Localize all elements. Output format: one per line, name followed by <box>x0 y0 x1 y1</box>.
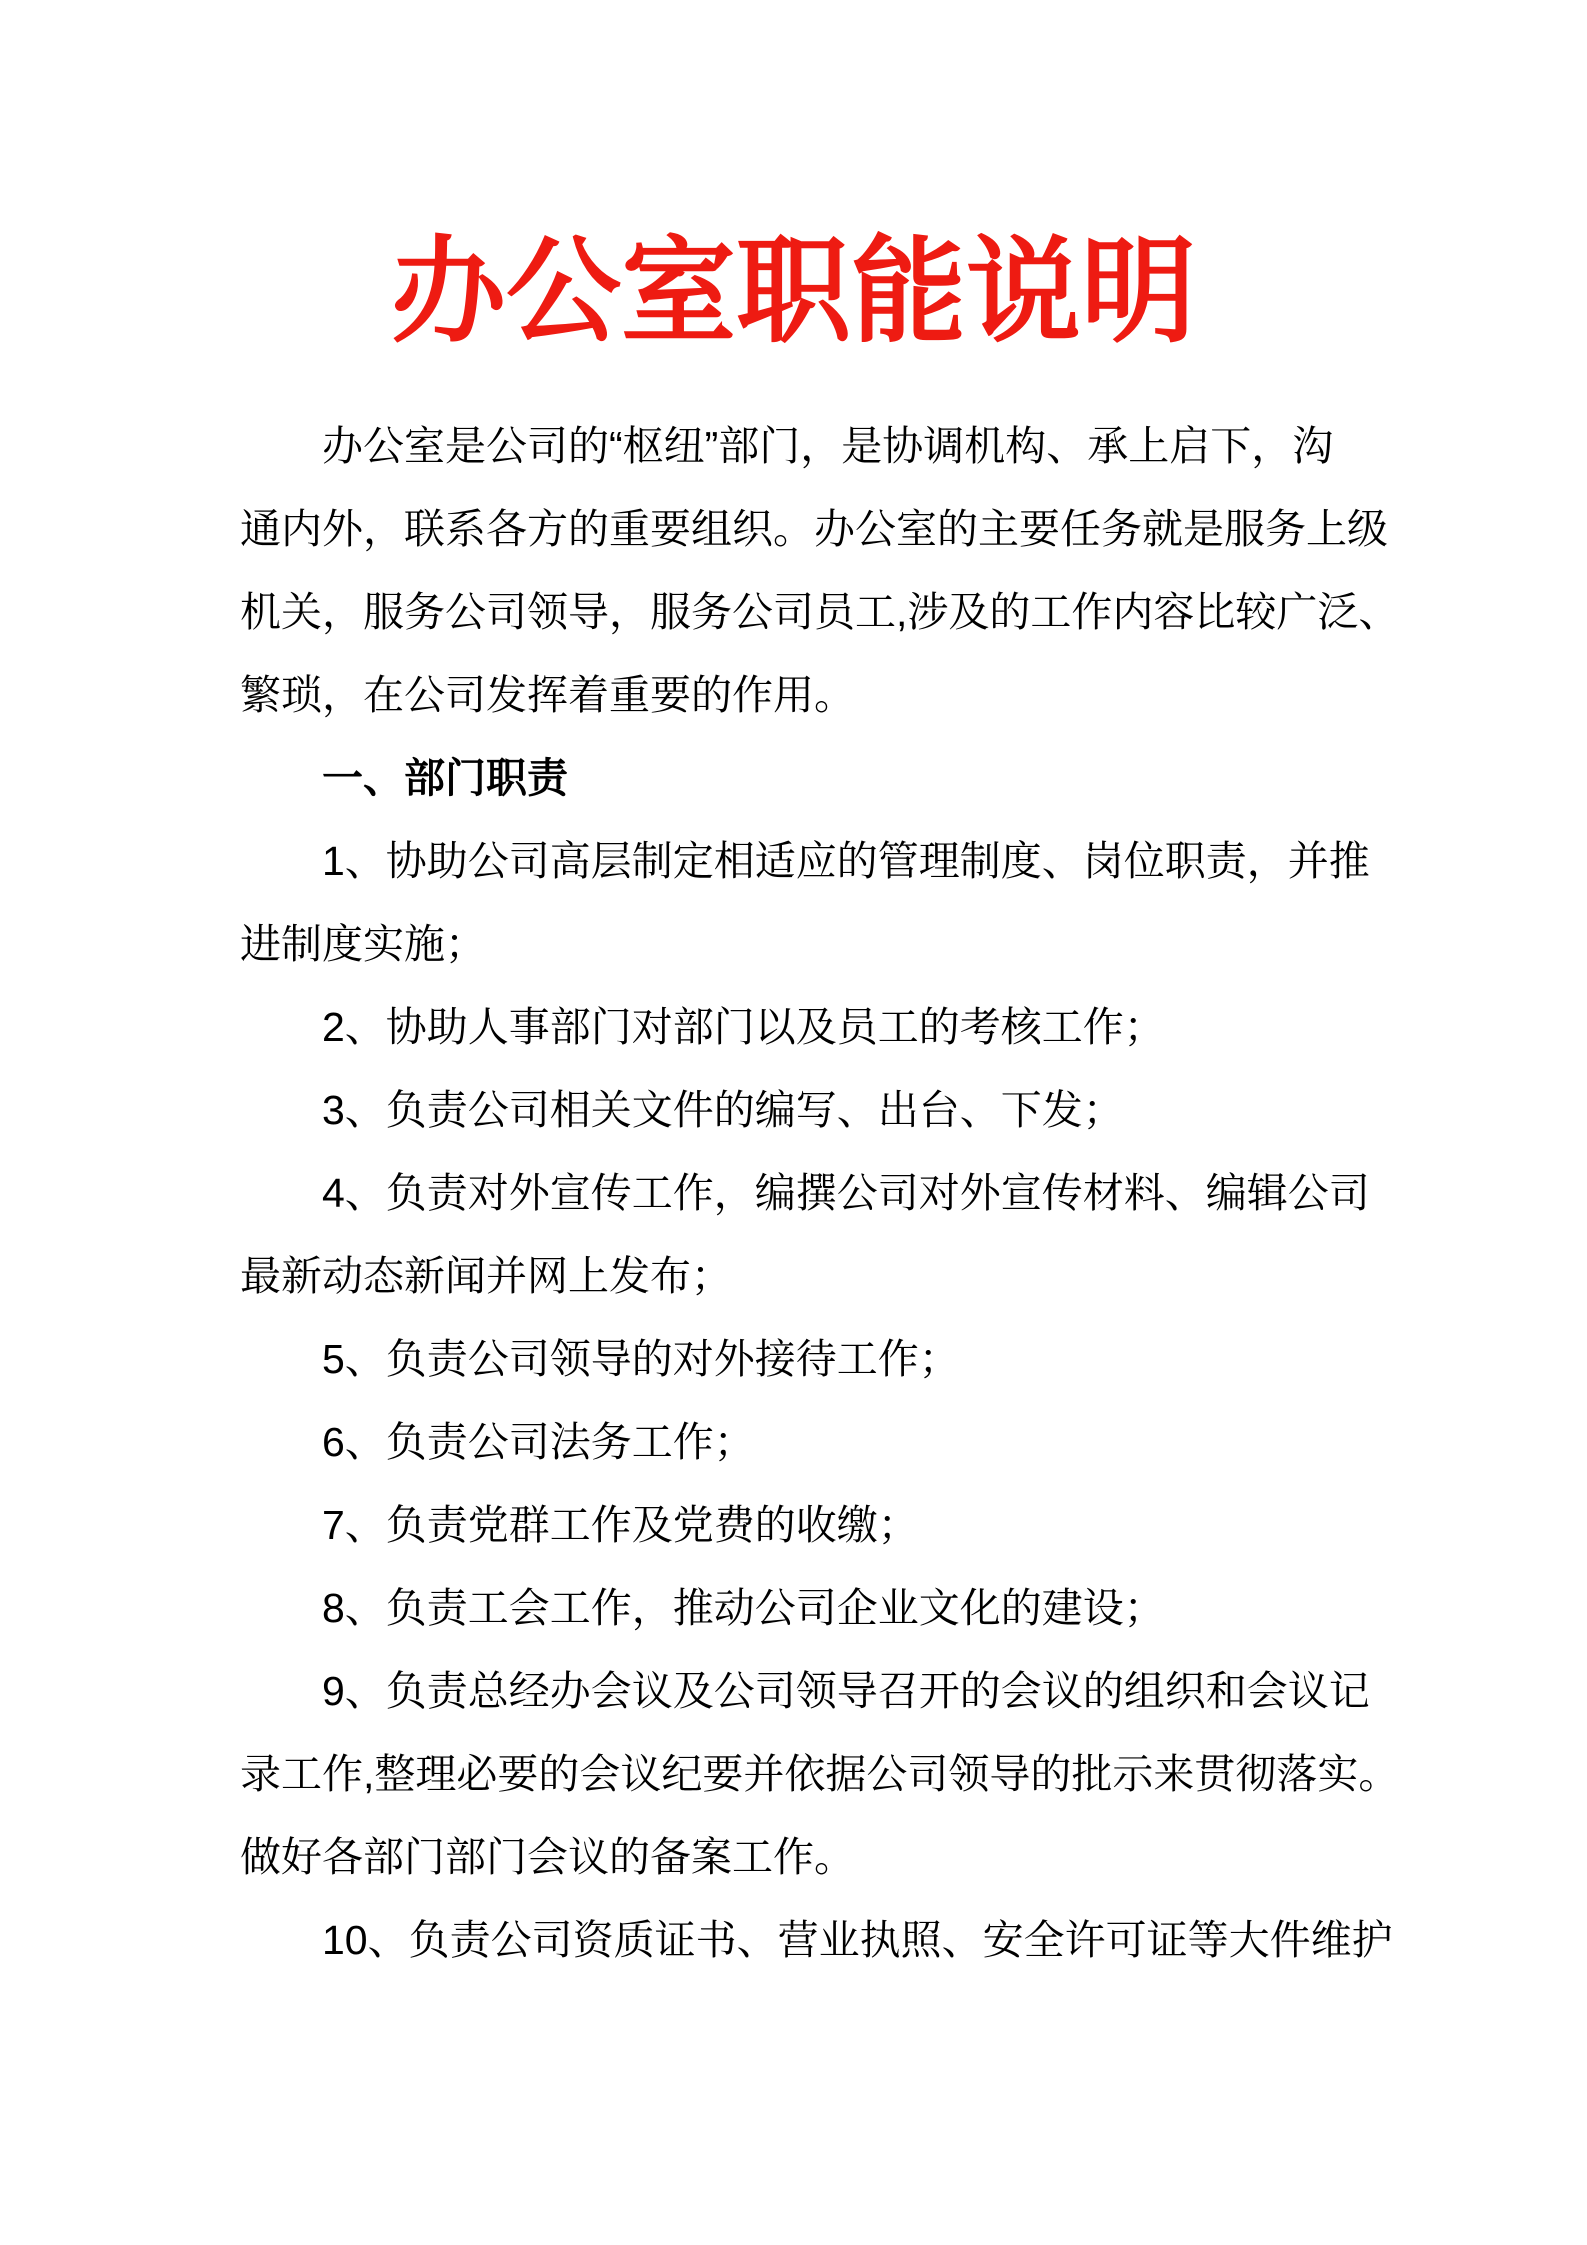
duty-line-6: 6、负责公司法务工作； <box>240 1401 1380 1484</box>
document-page: 办公室职能说明 办公室是公司的“枢纽”部门，是协调机构、承上启下，沟 通内外，联… <box>0 0 1587 2245</box>
section-heading: 一、部门职责 <box>240 737 1380 820</box>
document-body: 办公室是公司的“枢纽”部门，是协调机构、承上启下，沟 通内外，联系各方的重要组织… <box>240 405 1380 1982</box>
intro-line: 办公室是公司的“枢纽”部门，是协调机构、承上启下，沟 <box>240 405 1380 488</box>
intro-line: 繁琐，在公司发挥着重要的作用。 <box>240 654 1380 737</box>
document-title: 办公室职能说明 <box>0 222 1587 362</box>
duty-line-9-cont: 录工作,整理必要的会议纪要并依据公司领导的批示来贯彻落实。 <box>240 1733 1380 1816</box>
duty-line-5: 5、负责公司领导的对外接待工作； <box>240 1318 1380 1401</box>
duty-line-4-cont: 最新动态新闻并网上发布； <box>240 1235 1380 1318</box>
duty-line-4: 4、负责对外宣传工作，编撰公司对外宣传材料、编辑公司 <box>240 1152 1380 1235</box>
duty-line-10: 10、负责公司资质证书、营业执照、安全许可证等大件维护 <box>240 1899 1380 1982</box>
duty-line-9-cont: 做好各部门部门会议的备案工作。 <box>240 1816 1380 1899</box>
duty-line-1-cont: 进制度实施； <box>240 903 1380 986</box>
duty-line-3: 3、负责公司相关文件的编写、出台、下发； <box>240 1069 1380 1152</box>
duty-line-7: 7、负责党群工作及党费的收缴； <box>240 1484 1380 1567</box>
duty-line-8: 8、负责工会工作，推动公司企业文化的建设； <box>240 1567 1380 1650</box>
intro-line: 机关，服务公司领导，服务公司员工,涉及的工作内容比较广泛、 <box>240 571 1380 654</box>
intro-line: 通内外，联系各方的重要组织。办公室的主要任务就是服务上级 <box>240 488 1380 571</box>
duty-line-1: 1、协助公司高层制定相适应的管理制度、岗位职责，并推 <box>240 820 1380 903</box>
duty-line-2: 2、协助人事部门对部门以及员工的考核工作； <box>240 986 1380 1069</box>
duty-line-9: 9、负责总经办会议及公司领导召开的会议的组织和会议记 <box>240 1650 1380 1733</box>
